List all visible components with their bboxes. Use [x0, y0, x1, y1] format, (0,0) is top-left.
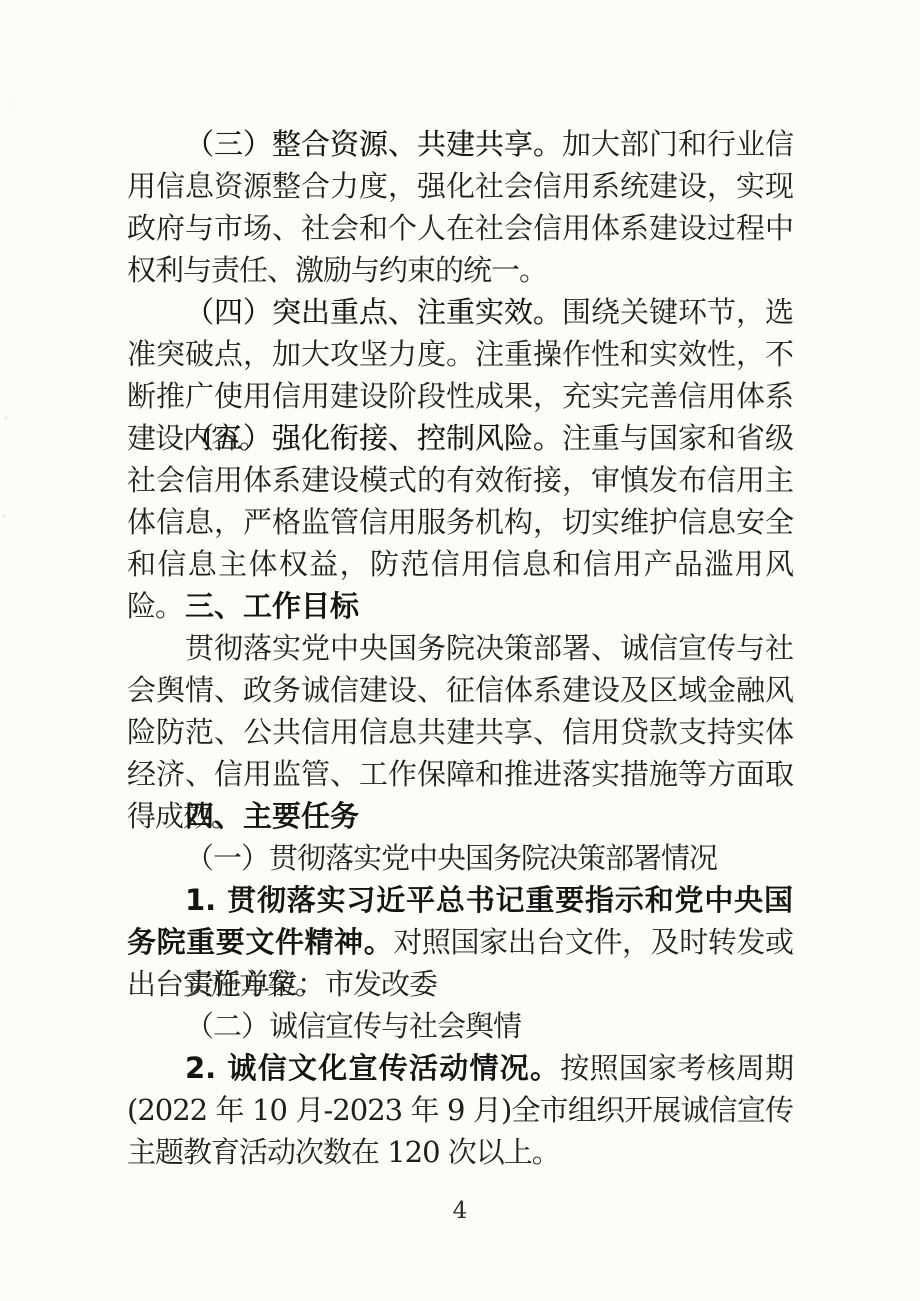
- paragraph-lead-in: （四）突出重点、注重实效。: [185, 295, 562, 329]
- responsible-unit-line: 责任单位：市发改委: [127, 963, 793, 1005]
- subsection-heading-1: （一）贯彻落实党中央国务院决策部署情况: [127, 837, 793, 879]
- page-number: 4: [0, 1198, 920, 1224]
- paragraph-lead-in: （三）整合资源、共建共享。: [185, 127, 562, 161]
- paragraph-item-3: （三）整合资源、共建共享。加大部门和行业信用信息资源整合力度，强化社会信用系统建…: [127, 123, 793, 291]
- section-heading-work-goals: 三、工作目标: [127, 585, 793, 627]
- task-title-bold: 2. 诚信文化宣传活动情况。: [185, 1051, 560, 1085]
- paragraph-lead-in: （五）强化衔接、控制风险。: [185, 421, 562, 455]
- document-text-block: （三）整合资源、共建共享。加大部门和行业信用信息资源整合力度，强化社会信用系统建…: [127, 0, 793, 1301]
- document-page: （三）整合资源、共建共享。加大部门和行业信用信息资源整合力度，强化社会信用系统建…: [0, 0, 920, 1301]
- section-heading-main-tasks: 四、主要任务: [127, 795, 793, 837]
- task-item-2: 2. 诚信文化宣传活动情况。按照国家考核周期(2022 年 10 月-2023 …: [127, 1047, 793, 1173]
- subsection-heading-2: （二）诚信宣传与社会舆情: [127, 1005, 793, 1047]
